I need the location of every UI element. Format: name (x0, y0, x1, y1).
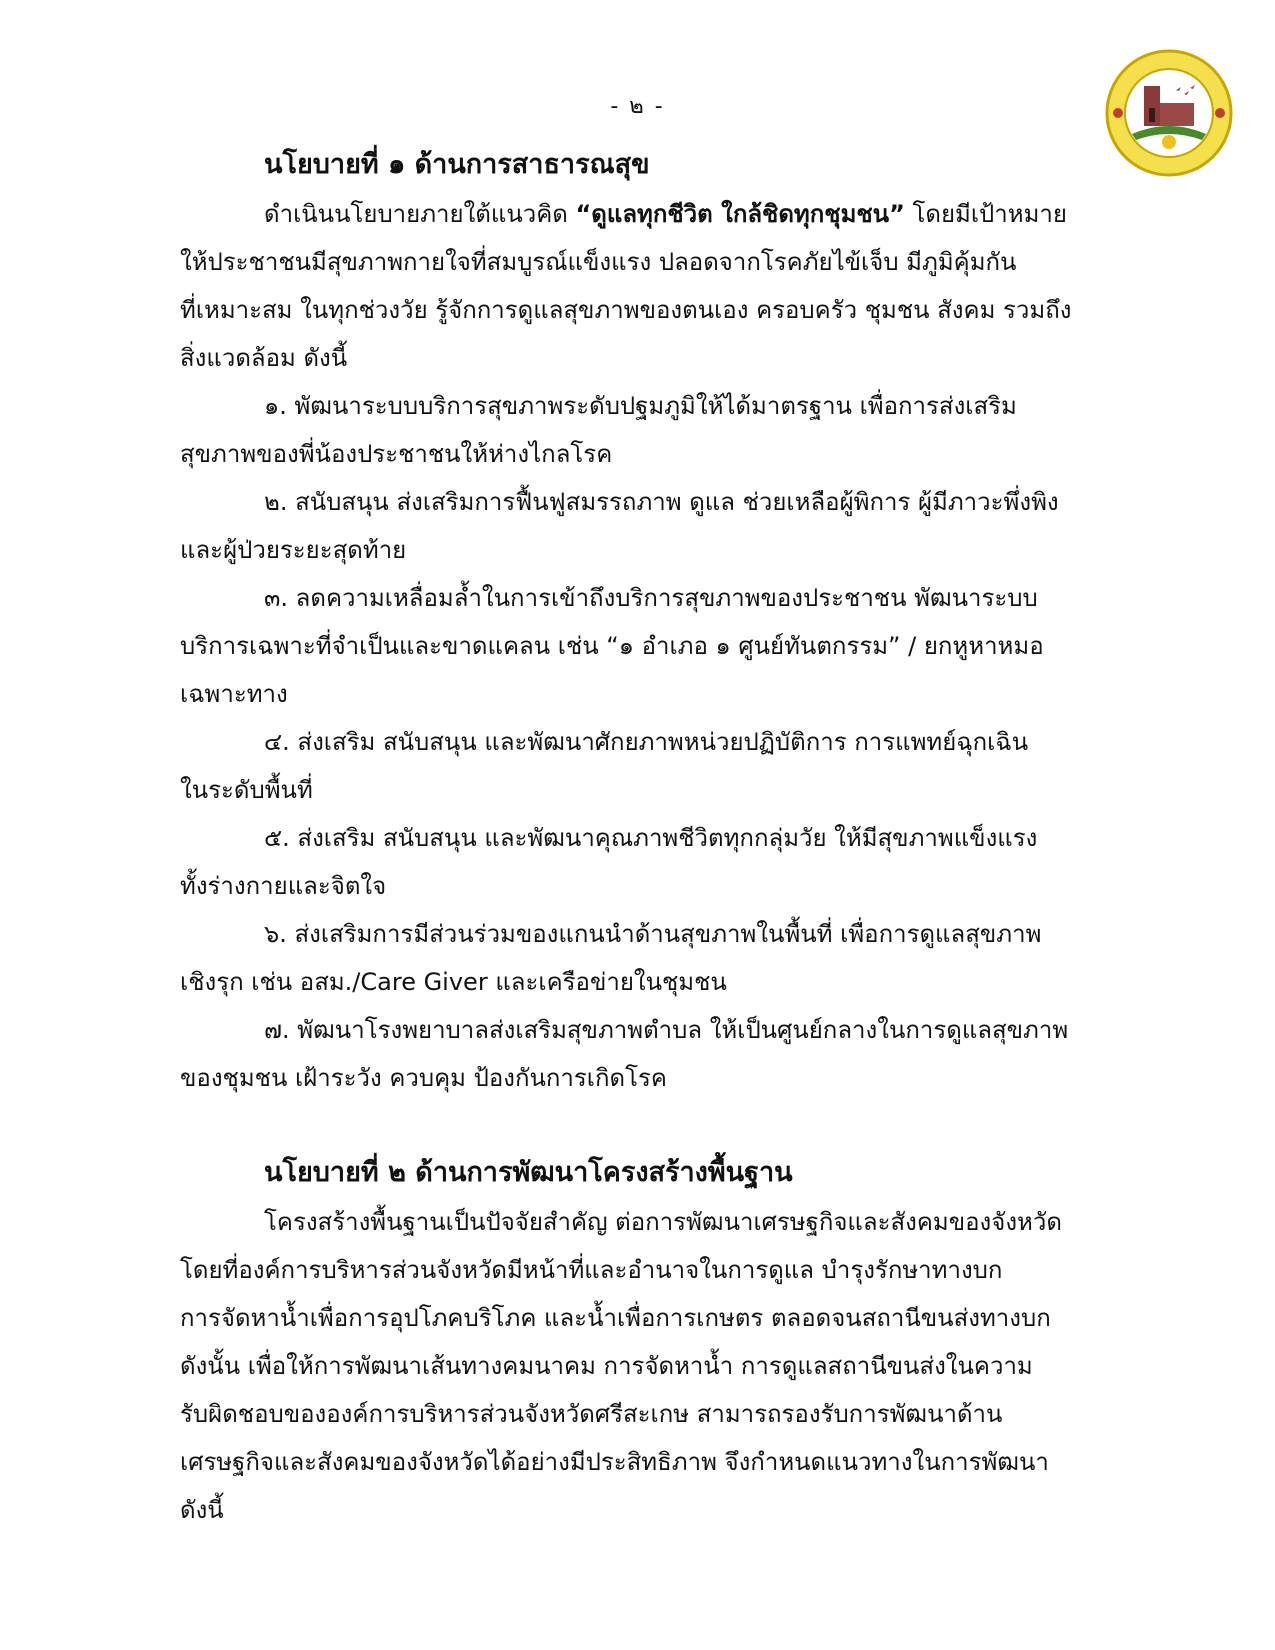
policy1-intro-line-4: สิ่งแวดล้อม ดังนี้ (180, 334, 1080, 382)
item-line: เชิงรุก เช่น อสม./Care Giver และเครือข่า… (180, 958, 1080, 1006)
policy1-intro-line-2: ให้ประชาชนมีสุขภาพกายใจที่สมบูรณ์แข็งแรง… (180, 238, 1080, 286)
item-line: และผู้ป่วยระยะสุดท้าย (180, 526, 1080, 574)
item-line: ๔. ส่งเสริม สนับสนุน และพัฒนาศักยภาพหน่ว… (180, 718, 1080, 766)
item-line: บริการเฉพาะที่จำเป็นและขาดแคลน เช่น “๑ อ… (180, 622, 1080, 670)
intro-suffix: โดยมีเป้าหมาย (905, 200, 1067, 228)
policy1-item-5: ๕. ส่งเสริม สนับสนุน และพัฒนาคุณภาพชีวิต… (180, 814, 1080, 910)
page-number: - ๒ - (0, 88, 1275, 123)
item-line: สุขภาพของพี่น้องประชาชนให้ห่างไกลโรค (180, 430, 1080, 478)
policy2-line: ดังนั้น เพื่อให้การพัฒนาเส้นทางคมนาคม กา… (180, 1342, 1080, 1390)
policy2-body: โครงสร้างพื้นฐานเป็นปัจจัยสำคัญ ต่อการพั… (180, 1198, 1080, 1534)
policy2-line: รับผิดชอบขององค์การบริหารส่วนจังหวัดศรีส… (180, 1390, 1080, 1438)
item-line: ของชุมชน เฝ้าระวัง ควบคุม ป้องกันการเกิด… (180, 1054, 1080, 1102)
policy1-item-4: ๔. ส่งเสริม สนับสนุน และพัฒนาศักยภาพหน่ว… (180, 718, 1080, 814)
policy1-item-2: ๒. สนับสนุน ส่งเสริมการฟื้นฟูสมรรถภาพ ดู… (180, 478, 1080, 574)
item-line: เฉพาะทาง (180, 670, 1080, 718)
intro-prefix: ดำเนินนโยบายภายใต้แนวคิด (264, 200, 576, 228)
policy1-slogan: “ดูแลทุกชีวิต ใกล้ชิดทุกชุมชน” (576, 200, 905, 228)
policy2-line: เศรษฐกิจและสังคมของจังหวัดได้อย่างมีประส… (180, 1438, 1080, 1486)
policy1-item-1: ๑. พัฒนาระบบบริการสุขภาพระดับปฐมภูมิให้ไ… (180, 382, 1080, 478)
policy2-line: ดังนี้ (180, 1486, 1080, 1534)
policy1-intro-line-1: ดำเนินนโยบายภายใต้แนวคิด “ดูแลทุกชีวิต ใ… (180, 190, 1080, 238)
policy2-line: การจัดหาน้ำเพื่อการอุปโภคบริโภค และน้ำเพ… (180, 1294, 1080, 1342)
policy1-item-3: ๓. ลดความเหลื่อมล้ำในการเข้าถึงบริการสุข… (180, 574, 1080, 718)
item-line: ๑. พัฒนาระบบบริการสุขภาพระดับปฐมภูมิให้ไ… (180, 382, 1080, 430)
policy1-item-6: ๖. ส่งเสริมการมีส่วนร่วมของแกนนำด้านสุขภ… (180, 910, 1080, 1006)
provincial-seal-logo (1104, 48, 1234, 178)
document-body: นโยบายที่ ๑ ด้านการสาธารณสุข ดำเนินนโยบา… (180, 140, 1080, 1534)
seal-icon (1104, 48, 1234, 178)
item-line: ๖. ส่งเสริมการมีส่วนร่วมของแกนนำด้านสุขภ… (180, 910, 1080, 958)
policy1-heading: นโยบายที่ ๑ ด้านการสาธารณสุข (180, 140, 1080, 190)
policy2-heading: นโยบายที่ ๒ ด้านการพัฒนาโครงสร้างพื้นฐาน (180, 1148, 1080, 1198)
item-line: ๒. สนับสนุน ส่งเสริมการฟื้นฟูสมรรถภาพ ดู… (180, 478, 1080, 526)
item-line: ๗. พัฒนาโรงพยาบาลส่งเสริมสุขภาพตำบล ให้เ… (180, 1006, 1080, 1054)
item-line: ๕. ส่งเสริม สนับสนุน และพัฒนาคุณภาพชีวิต… (180, 814, 1080, 862)
item-line: ทั้งร่างกายและจิตใจ (180, 862, 1080, 910)
item-line: ในระดับพื้นที่ (180, 766, 1080, 814)
item-line: ๓. ลดความเหลื่อมล้ำในการเข้าถึงบริการสุข… (180, 574, 1080, 622)
policy1-intro-line-3: ที่เหมาะสม ในทุกช่วงวัย รู้จักการดูแลสุข… (180, 286, 1080, 334)
policy2-line: โดยที่องค์การบริหารส่วนจังหวัดมีหน้าที่แ… (180, 1246, 1080, 1294)
section-spacer (180, 1102, 1080, 1148)
policy1-intro: ดำเนินนโยบายภายใต้แนวคิด “ดูแลทุกชีวิต ใ… (180, 190, 1080, 382)
policy2-line: โครงสร้างพื้นฐานเป็นปัจจัยสำคัญ ต่อการพั… (180, 1198, 1080, 1246)
policy1-item-7: ๗. พัฒนาโรงพยาบาลส่งเสริมสุขภาพตำบล ให้เ… (180, 1006, 1080, 1102)
